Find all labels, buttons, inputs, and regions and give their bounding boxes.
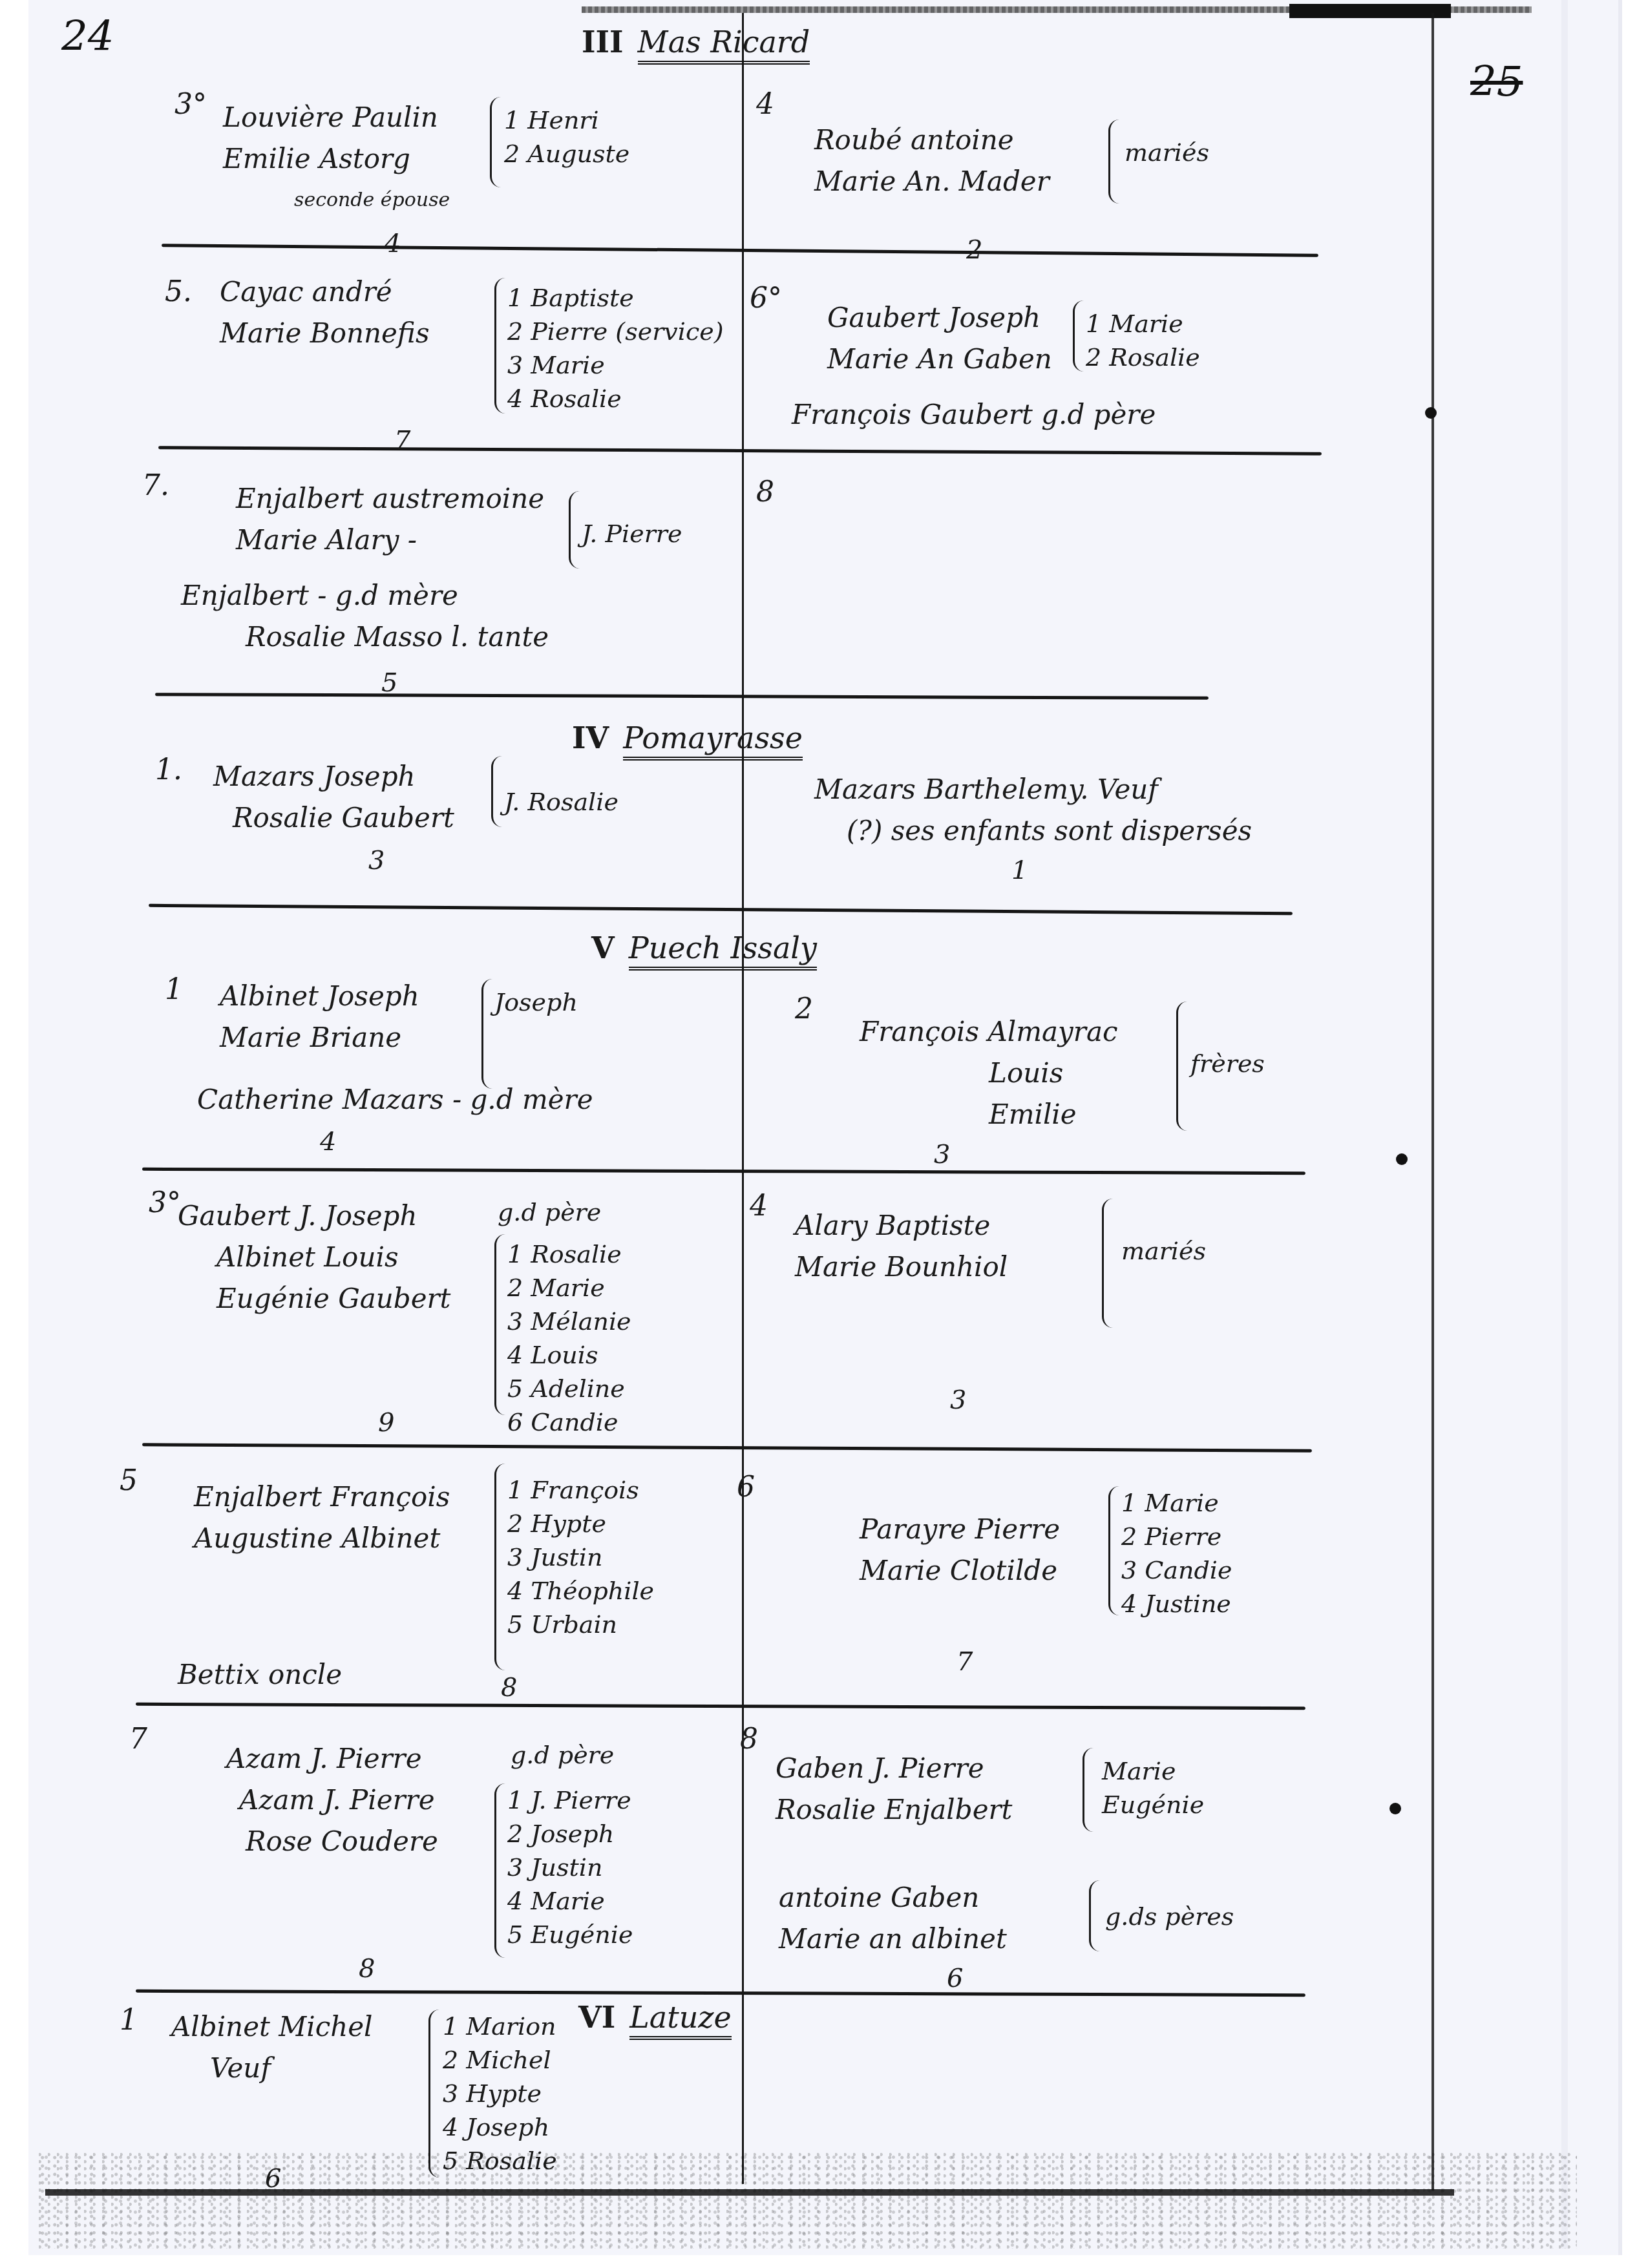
household-count: 2 xyxy=(966,229,982,271)
brace xyxy=(1083,1748,1093,1832)
child-name: 2 Pierre (service) xyxy=(507,315,724,348)
household-entry: 3° Louvière Paulin Emilie Astorg seconde… xyxy=(174,84,724,246)
head-name: François Almayrac xyxy=(860,1011,1117,1053)
brace xyxy=(1073,300,1084,372)
household-count: 6 xyxy=(947,1958,963,1999)
child-name: 5 Urbain xyxy=(507,1608,654,1641)
head-name: Gaubert Joseph xyxy=(827,297,1052,339)
head-name: Parayre Pierre xyxy=(860,1509,1060,1550)
child-name: 2 Marie xyxy=(507,1271,631,1305)
section-title-v: VPuech Issaly xyxy=(591,930,817,965)
relative-name: Rosalie Masso l. tante xyxy=(181,616,549,658)
spouse-name: Emilie Astorg xyxy=(223,138,450,180)
brace xyxy=(1176,1002,1187,1131)
bottom-rule xyxy=(45,2189,1454,2196)
head-name: Enjalbert François xyxy=(194,1476,450,1518)
brace xyxy=(481,979,492,1089)
head-name: Albinet Michel xyxy=(171,2006,373,2048)
relative-name: Enjalbert - g.d mère xyxy=(181,575,549,616)
child-name: 2 Michel xyxy=(443,2043,557,2077)
head-name: Gaben J. Pierre xyxy=(776,1748,1012,1789)
household-count: 4 xyxy=(320,1121,336,1162)
household-count: 9 xyxy=(378,1402,394,1444)
note: seconde épouse xyxy=(223,180,450,221)
ink-blot xyxy=(1396,1153,1408,1165)
brace xyxy=(491,756,502,827)
child-name: 3 Justin xyxy=(507,1851,633,1884)
child-name: 2 Joseph xyxy=(507,1817,633,1851)
note: (?) ses enfants sont dispersés xyxy=(814,810,1252,852)
member-name: Albinet Louis xyxy=(178,1237,450,1278)
household-entry: 4 Roubé antoine Marie An. Mader mariés 2 xyxy=(756,84,1338,246)
household-entry: 5 Enjalbert François Augustine Albinet 1… xyxy=(120,1460,727,1706)
spouse-name: Rosalie Enjalbert xyxy=(776,1789,1012,1831)
brace xyxy=(1108,1486,1119,1615)
relation-note: g.d père xyxy=(511,1738,614,1772)
head-name: Azam J. Pierre xyxy=(226,1738,438,1780)
spouse-name: Marie An Gaben xyxy=(827,339,1052,380)
head-name: Enjalbert austremoine xyxy=(236,478,544,520)
brace xyxy=(494,1234,505,1415)
household-entry: 8 Gaben J. Pierre Rosalie Enjalbert Mari… xyxy=(740,1719,1322,1990)
child-name: J. Pierre xyxy=(582,517,682,551)
folio-left: 24 xyxy=(61,13,114,61)
child-name: Marie xyxy=(1102,1754,1204,1788)
brace xyxy=(494,1464,505,1670)
section-title-iii: IIIMas Ricard xyxy=(582,25,810,59)
child-name: 2 Auguste xyxy=(504,137,629,171)
child-name: 4 Rosalie xyxy=(507,382,724,415)
brace xyxy=(1089,1880,1100,1951)
spouse-name: Rosalie Gaubert xyxy=(213,797,454,839)
spouse-name: Marie Bonnefis xyxy=(220,313,429,354)
brace xyxy=(494,278,505,414)
child-name: 1 Baptiste xyxy=(507,281,724,315)
household-entry: 1. Mazars Joseph Rosalie Gaubert J. Rosa… xyxy=(155,750,724,905)
child-name: J. Rosalie xyxy=(504,785,618,819)
member-name: Azam J. Pierre xyxy=(226,1780,438,1821)
grandparent-name: Marie an albinet xyxy=(779,1918,1007,1960)
grandparent-name: antoine Gaben xyxy=(779,1877,1007,1918)
right-margin-rule xyxy=(1431,13,1434,2190)
child-name: 5 Adeline xyxy=(507,1372,631,1405)
sibling-name: Emilie xyxy=(860,1094,1117,1135)
household-entry: 6° Gaubert Joseph Marie An Gaben 1 Marie… xyxy=(750,278,1331,446)
head-name: Alary Baptiste xyxy=(795,1205,1008,1246)
household-count: 7 xyxy=(394,420,410,461)
household-entry-empty: 8 xyxy=(756,472,821,523)
sibling-name: Louis xyxy=(860,1053,1117,1094)
child-name: 3 Mélanie xyxy=(507,1305,631,1338)
household-count: 1 xyxy=(1011,850,1028,891)
spouse-name: Rose Coudere xyxy=(226,1821,438,1862)
household-entry: Mazars Barthelemy. Veuf (?) ses enfants … xyxy=(801,769,1318,898)
relative-name: François Gaubert g.d père xyxy=(792,394,1156,436)
household-entry: 7 Azam J. Pierre Azam J. Pierre Rose Cou… xyxy=(129,1719,724,1990)
child-name: 3 Justin xyxy=(507,1540,654,1574)
household-entry: 2 François Almayrac Louis Emilie frères … xyxy=(795,989,1312,1163)
child-name: 3 Hypte xyxy=(443,2077,557,2110)
head-name: Cayac andré xyxy=(220,271,429,313)
child-name: 4 Louis xyxy=(507,1338,631,1372)
brace xyxy=(569,491,580,569)
household-count: 8 xyxy=(501,1667,517,1708)
child-name: 1 Rosalie xyxy=(507,1237,631,1271)
household-count: 8 xyxy=(359,1948,375,1990)
household-count: 3 xyxy=(950,1380,966,1421)
relative-name: Catherine Mazars - g.d mère xyxy=(197,1079,593,1120)
child-name: 4 Théophile xyxy=(507,1574,654,1608)
household-count: 4 xyxy=(385,223,401,264)
page-edge xyxy=(1561,0,1568,2249)
child-name: Eugénie xyxy=(1102,1788,1204,1822)
brace xyxy=(1108,120,1119,204)
brace xyxy=(1102,1199,1113,1328)
child-name: 1 Marie xyxy=(1086,307,1200,341)
child-name: 2 Rosalie xyxy=(1086,341,1200,374)
household-entry: 6 Parayre Pierre Marie Clotilde 1 Marie … xyxy=(737,1467,1318,1699)
relation-note: frères xyxy=(1190,1047,1265,1080)
child-name: 1 Marion xyxy=(443,2010,557,2043)
child-name: 6 Candie xyxy=(507,1405,631,1439)
folio-right: 25 xyxy=(1470,58,1523,106)
child-name: 1 François xyxy=(507,1473,654,1507)
relative-name: Bettix oncle xyxy=(178,1654,342,1696)
child-name: 4 Marie xyxy=(507,1884,633,1918)
household-count: 3 xyxy=(368,840,385,881)
spouse-name: Marie Alary - xyxy=(236,520,544,561)
household-count: 7 xyxy=(956,1641,973,1683)
spouse-name: Marie An. Mader xyxy=(814,161,1050,202)
child-name: 1 Henri xyxy=(504,103,629,137)
head-name: Mazars Barthelemy. Veuf xyxy=(814,769,1252,810)
household-count: 3 xyxy=(934,1134,950,1175)
child-name: 4 Justine xyxy=(1121,1587,1232,1621)
child-name: 3 Candie xyxy=(1121,1553,1232,1587)
child-name: Joseph xyxy=(494,985,578,1019)
relation-note: g.ds pères xyxy=(1105,1900,1234,1933)
spouse-name: Marie Bounhiol xyxy=(795,1246,1008,1288)
child-name: 2 Hypte xyxy=(507,1507,654,1540)
household-entry: 3° Gaubert J. Joseph Albinet Louis Eugén… xyxy=(149,1182,730,1441)
child-name: 1 J. Pierre xyxy=(507,1783,633,1817)
household-entry: 7. Enjalbert austremoine Marie Alary - J… xyxy=(142,465,724,698)
status-note: Veuf xyxy=(171,2048,373,2089)
scan-noise xyxy=(39,2152,1577,2249)
head-name: Louvière Paulin xyxy=(223,97,450,138)
spouse-name: Augustine Albinet xyxy=(194,1518,450,1559)
household-count: 5 xyxy=(381,662,397,704)
head-name: Gaubert J. Joseph xyxy=(178,1195,450,1237)
household-entry: 5. Cayac andré Marie Bonnefis 1 Baptiste… xyxy=(165,271,734,446)
brace xyxy=(494,1783,505,1958)
child-name: 2 Pierre xyxy=(1121,1520,1232,1553)
head-name: Roubé antoine xyxy=(814,120,1050,161)
brace xyxy=(490,97,501,187)
child-name: 5 Eugénie xyxy=(507,1918,633,1951)
spouse-name: Marie Clotilde xyxy=(860,1550,1060,1591)
head-name: Mazars Joseph xyxy=(213,756,454,797)
status-note: mariés xyxy=(1121,1234,1206,1268)
child-name: 4 Joseph xyxy=(443,2110,557,2144)
ink-blot xyxy=(1425,407,1437,419)
member-name: Eugénie Gaubert xyxy=(178,1278,450,1319)
spouse-name: Marie Briane xyxy=(220,1017,419,1058)
ink-blot xyxy=(1389,1803,1401,1814)
household-entry: 4 Alary Baptiste Marie Bounhiol mariés 3 xyxy=(750,1186,1318,1431)
relation-note: g.d père xyxy=(498,1195,601,1229)
head-name: Albinet Joseph xyxy=(220,976,419,1017)
status-note: mariés xyxy=(1125,136,1209,169)
household-entry: 1 Albinet Joseph Marie Briane Joseph Cat… xyxy=(165,969,734,1163)
top-scan-block xyxy=(1289,4,1451,18)
child-name: 1 Marie xyxy=(1121,1486,1232,1520)
child-name: 3 Marie xyxy=(507,348,724,382)
